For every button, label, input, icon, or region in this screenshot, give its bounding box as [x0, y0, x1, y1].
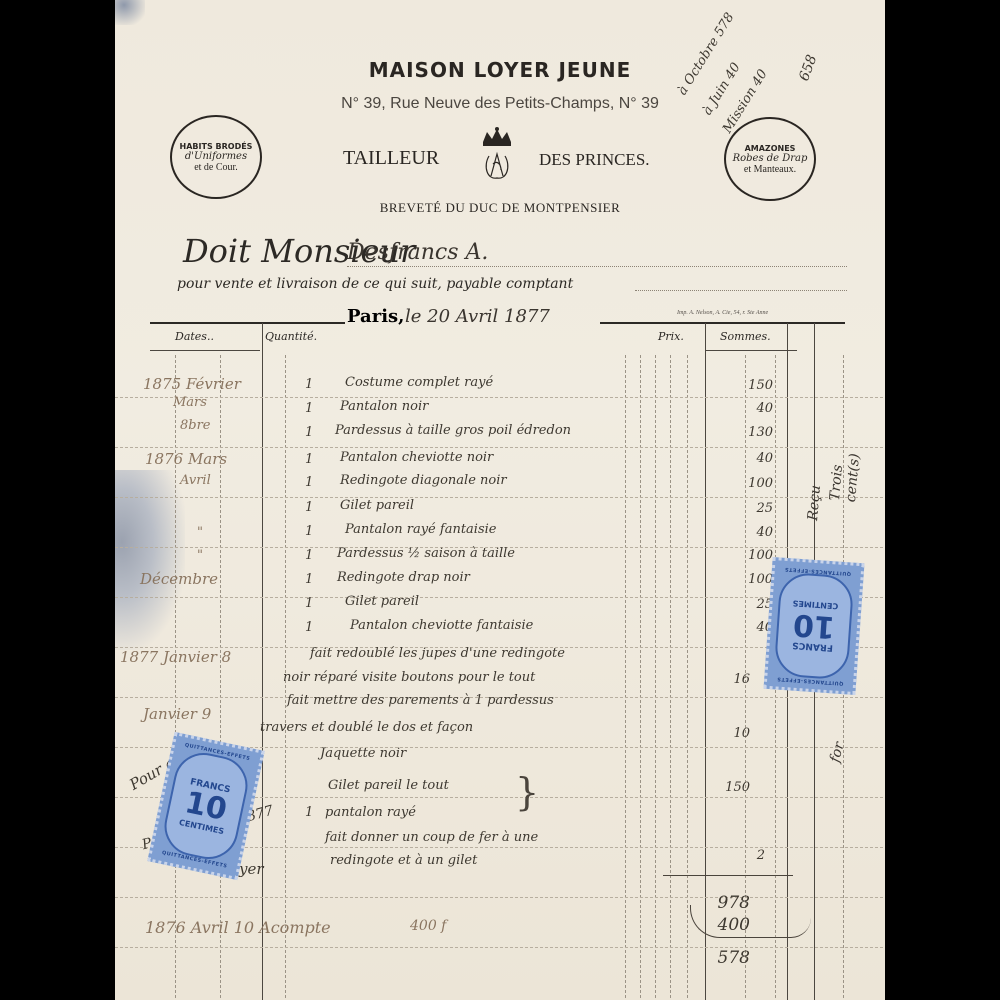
payment-note-amount: 400 f [410, 918, 446, 934]
row-date: 1875 Février [143, 375, 241, 393]
row-description: Redingote drap noir [337, 570, 470, 585]
stamp-oval: FRANCS 10 CENTIMES [159, 747, 253, 864]
row-description: Pantalon rayé fantaisie [345, 522, 496, 537]
row-qty: 1 [305, 572, 313, 587]
grid-row-line [115, 947, 885, 948]
row-date: Janvier 9 [143, 705, 211, 723]
row-qty: 1 [305, 500, 313, 515]
place-label: Paris, [347, 306, 404, 327]
row-description: Gilet pareil le tout [328, 778, 449, 793]
seal-left: HABITS BRODÉS d'Uniformes et de Cour. [170, 115, 262, 199]
row-amount: 16 [690, 672, 750, 687]
row-description: redingote et à un gilet [330, 853, 477, 868]
row-qty: 1 [305, 524, 313, 539]
seal-right-line2: Robes de Drap [733, 153, 808, 164]
fiscal-stamp-right: QUITTANCES-EFFETS FRANCS 10 CENTIMES QUI… [764, 557, 865, 695]
grid-line [655, 355, 656, 1000]
row-description: Pantalon cheviotte noir [340, 450, 493, 465]
row-qty: 1 [305, 452, 313, 467]
row-qty: 1 [305, 620, 313, 635]
row-qty: 1 [305, 377, 313, 392]
seal-left-line1: HABITS BRODÉS [180, 142, 253, 151]
row-description: Pantalon cheviotte fantaisie [350, 618, 533, 633]
row-date: 8bre [180, 418, 211, 433]
header-underline-sommes [705, 350, 797, 351]
row-description: fait mettre des parements à 1 pardessus [287, 693, 554, 708]
row-description: Redingote diagonale noir [340, 473, 507, 488]
row-description: travers et doublé le dos et façon [260, 720, 473, 735]
side-note-signature: for [827, 740, 848, 764]
row-description: Pardessus ½ saison à taille [337, 546, 515, 561]
row-qty: 1 [305, 475, 313, 490]
row-description: Gilet pareil [345, 594, 419, 609]
col-header-prix: Prix. [658, 330, 684, 343]
column-divider-dates [262, 323, 263, 1000]
invoice-paper: MAISON LOYER JEUNE N° 39, Rue Neuve des … [115, 0, 885, 1000]
row-qty: 1 [305, 805, 313, 820]
terms-dotted-line [635, 290, 847, 291]
customer-name: Desfrancs A. [347, 240, 488, 265]
row-description: Pardessus à taille gros poil édredon [335, 423, 571, 438]
royal-warrant: BREVETÉ DU DUC DE MONTPENSIER [115, 200, 885, 216]
row-date: " [197, 548, 203, 563]
row-amount: 130 [713, 425, 773, 440]
side-note-line2: Trois cent(s) [827, 442, 864, 503]
total-rule [663, 875, 793, 876]
stamp-value: 10 [792, 608, 836, 643]
payment-note: 1876 Avril 10 Acompte [145, 918, 331, 937]
grid-line [687, 355, 688, 1000]
row-amount: 150 [690, 780, 750, 795]
bracket-icon: } [515, 770, 539, 814]
row-qty: 1 [305, 548, 313, 563]
row-date: Décembre [140, 570, 218, 588]
seal-left-line3: et de Cour. [194, 162, 238, 173]
tagline-tailleur: TAILLEUR [343, 147, 439, 170]
row-amount: 150 [713, 378, 773, 393]
seal-right: AMAZONES Robes de Drap et Manteaux. [724, 117, 816, 201]
date-rule-right [600, 322, 845, 324]
grid-row-line [115, 497, 885, 498]
header-underline-dates [150, 350, 260, 351]
row-description: Costume complet rayé [345, 375, 493, 390]
row-description: fait donner un coup de fer à une [325, 830, 538, 845]
company-address: N° 39, Rue Neuve des Petits-Champs, N° 3… [115, 95, 885, 113]
row-amount: 100 [713, 476, 773, 491]
row-amount: 2 [705, 848, 765, 863]
row-amount: 25 [713, 501, 773, 516]
seal-right-line3: et Manteaux. [744, 164, 796, 175]
balance-due: 578 [690, 948, 750, 968]
grid-row-line [115, 447, 885, 448]
printer-imprint: Imp. A. Nelson, A. Cie, 54, r. Ste Anne [677, 310, 768, 316]
payment-terms: pour vente et livraison de ce qui suit, … [177, 276, 573, 292]
tagline-des-princes: DES PRINCES. [539, 150, 650, 170]
invoice-date: le 20 Avril 1877 [405, 306, 550, 327]
row-description: Jaquette noir [320, 746, 406, 761]
fiscal-stamp-left: QUITTANCES-EFFETS FRANCS 10 CENTIMES QUI… [147, 732, 264, 880]
seal-left-line2: d'Uniformes [185, 151, 247, 162]
row-description: Pantalon noir [340, 399, 428, 414]
row-amount: 40 [713, 401, 773, 416]
col-header-quantite: Quantité. [265, 330, 317, 343]
row-date: " [197, 525, 203, 540]
row-amount: 40 [713, 620, 773, 635]
grid-line [640, 355, 641, 1000]
grid-row-line [115, 397, 885, 398]
row-date: 1877 Janvier 8 [120, 648, 231, 666]
date-rule-left [150, 322, 345, 324]
row-amount: 100 [713, 572, 773, 587]
paper-stain [115, 0, 145, 25]
row-description: noir réparé visite boutons pour le tout [283, 670, 535, 685]
seal-right-line1: AMAZONES [745, 144, 796, 153]
crown-monogram-icon [477, 126, 517, 186]
row-qty: 1 [305, 401, 313, 416]
row-amount: 10 [690, 726, 750, 741]
col-header-dates: Dates.. [175, 330, 214, 343]
row-description: fait redoublé les jupes d'une redingote [310, 646, 565, 661]
row-qty: 1 [305, 596, 313, 611]
side-note-line1: Reçu [805, 484, 824, 521]
row-amount: 40 [713, 451, 773, 466]
row-qty: 1 [305, 425, 313, 440]
company-name: MAISON LOYER JEUNE [115, 58, 885, 82]
grid-row-line [115, 897, 885, 898]
grid-line [625, 355, 626, 1000]
col-header-sommes: Sommes. [720, 330, 771, 343]
row-amount: 40 [713, 525, 773, 540]
grid-line [670, 355, 671, 1000]
row-description: Gilet pareil [340, 498, 414, 513]
payment-bracket [690, 905, 811, 938]
row-date: 1876 Mars [145, 450, 227, 468]
row-description: pantalon rayé [325, 805, 416, 820]
customer-dotted-line [347, 266, 847, 267]
row-amount: 25 [713, 597, 773, 612]
stamp-oval: FRANCS 10 CENTIMES [773, 572, 854, 681]
row-amount: 100 [713, 548, 773, 563]
row-date: Avril [180, 473, 211, 488]
row-date: Mars [173, 395, 207, 410]
